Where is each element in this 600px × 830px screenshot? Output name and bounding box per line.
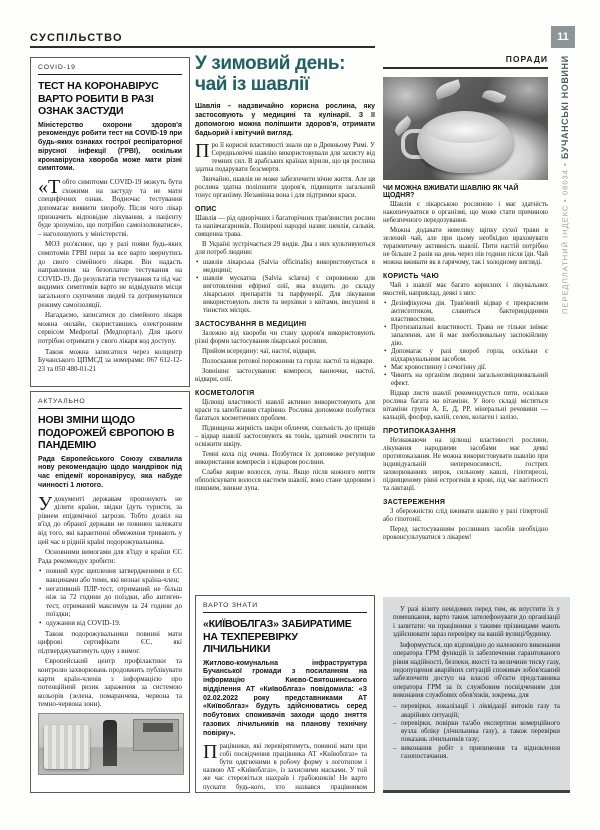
- sage-paragraph: Залежно від хвороби чи стану здоров'я ви…: [195, 330, 375, 346]
- header-rule: [30, 46, 375, 48]
- advice-paragraph: Шавлія є лікарською рослиною і має здатн…: [383, 201, 548, 225]
- covid-article-box: COVID-19 ТЕСТ НА КОРОНАВІРУС ВАРТО РОБИТ…: [30, 57, 190, 387]
- travel-lead: Рада Європейського Союзу схвалила нову р…: [38, 456, 182, 491]
- benefit-item: Чинить на організм людини загальнозміцню…: [383, 372, 548, 388]
- sage-tea-photo: [383, 77, 548, 180]
- gas-paragraph: Працівники, які перевірятимуть, повинні …: [203, 743, 367, 793]
- title-line-1: У зимовий день:: [195, 53, 345, 74]
- travel-paragraph: Також подорожувальники повинні мати цифр…: [38, 630, 182, 656]
- title-line-2: чай із шавлії: [195, 74, 309, 95]
- page-number: 11: [551, 26, 575, 48]
- benefit-item: Дезінфікуюча дія. Трав'яний відвар є пре…: [383, 300, 548, 324]
- notice-item: перевірки, повірки та/або експертизи ком…: [393, 720, 560, 745]
- travel-requirements-list: повний курс щеплення затвердженими в ЄС …: [38, 567, 182, 627]
- notice-item: перевірки, локалізації і ліквідації вито…: [393, 703, 560, 720]
- subscription-index-code: 08034: [561, 169, 570, 195]
- covid-kicker: COVID-19: [38, 64, 182, 75]
- travel-paragraph: Європейський центр профілактики та контр…: [38, 657, 182, 709]
- requirement-item: негативний ПЛР-тест, отриманий не більш …: [38, 585, 182, 619]
- advice-paragraph: Можна додавати невелику щіпку сухої трав…: [383, 227, 548, 267]
- sage-paragraph: Темні кола під очима. Позбутися їх допом…: [195, 451, 375, 467]
- covid-headline: ТЕСТ НА КОРОНАВІРУС ВАРТО РОБИТИ В РАЗІ …: [38, 80, 182, 118]
- gas-lead: Житлово-комунальна інфраструктура Бучанс…: [203, 660, 367, 739]
- sage-paragraph: Звичайно, шавлія не може забезпечити віч…: [195, 176, 375, 200]
- advice-paragraph: Відвар листя шавлії рекомендується пити,…: [383, 390, 548, 422]
- benefits-list: Дезінфікуюча дія. Трав'яний відвар є пре…: [383, 300, 548, 388]
- travel-kicker: АКТУАЛЬНО: [38, 398, 182, 409]
- kiosk-sign-shape: [143, 723, 173, 732]
- sage-paragraph: Шавлія — рід однорічних і багаторічних т…: [195, 215, 375, 239]
- sage-leaf-shape: [434, 79, 463, 99]
- sage-paragraph: Про її корисні властивості знали ще в Др…: [195, 142, 375, 174]
- advice-section-label: ПОРАДИ: [383, 54, 548, 64]
- cosmetology-subhead: КОСМЕТОЛОГІЯ: [195, 390, 375, 397]
- requirement-item: одужання від COVID-19.: [38, 619, 182, 628]
- covid-paragraph: МОЗ роз'яснює, що у разі появи будь-яких…: [38, 240, 182, 309]
- description-subhead: ОПИС: [195, 206, 375, 213]
- sage-lead: Шавлія – надзвичайно корисна рослина, як…: [195, 102, 375, 138]
- sage-type-item: шавлія мускатна (Salvia sclarea) є сиров…: [195, 275, 375, 315]
- advice-column: ЧИ МОЖНА ВЖИВАТИ ШАВЛІЮ ЯК ЧАЙ ЩОДНЯ? Ша…: [383, 74, 548, 594]
- sage-article-title: У зимовий день: чай із шавлії: [195, 53, 375, 95]
- sage-paragraph: Зовнішнє застосування: компреси, ванночк…: [195, 368, 375, 384]
- notice-items-list: перевірки, локалізації і ліквідації вито…: [393, 703, 560, 761]
- luggage-photo: [38, 713, 184, 775]
- separator-dot: •: [561, 163, 570, 167]
- subscription-index-label: ПЕРЕДПЛАТНИЙ ІНДЕКС: [561, 205, 570, 314]
- advice-paragraph: Незважаючи на цілющі властивості рослини…: [383, 437, 548, 493]
- suitcase-shape: [44, 725, 90, 769]
- newspaper-page: СУСПІЛЬСТВО ПОРАДИ 11 ПЕРЕДПЛАТНИЙ ІНДЕК…: [0, 0, 600, 830]
- travel-paragraph: У документі державам пропонують не ділит…: [38, 495, 182, 547]
- masthead-vertical: ПЕРЕДПЛАТНИЙ ІНДЕКС • 08034 • БУЧАНСЬКІ …: [554, 52, 576, 314]
- tea-surface-shape: [427, 117, 503, 143]
- gas-notice-box: У разі візиту невідомих перед тим, як вп…: [383, 597, 570, 793]
- covid-paragraph: Також можна записатися через колцентр Бу…: [38, 348, 182, 374]
- separator-dot: •: [561, 198, 570, 202]
- notice-paragraph: У разі візиту невідомих перед тим, як вп…: [393, 606, 560, 639]
- notice-item: виконання робіт з припинення та відновле…: [393, 745, 560, 762]
- sage-paragraph: Прийом всередину: чаї, настої, відвари.: [195, 348, 375, 356]
- sage-paragraph: В Україні зустрічається 29 видів. Два з …: [195, 241, 375, 257]
- travel-headline: НОВІ ЗМІНИ ЩОДО ПОДОРОЖЕЙ ЄВРОПОЮ В ПАНД…: [38, 414, 182, 452]
- notice-paragraph: Інформується, що відповідно до належного…: [393, 642, 560, 700]
- newspaper-brand: БУЧАНСЬКІ НОВИНИ: [560, 56, 570, 160]
- gas-article-box: ВАРТО ЗНАТИ «КИЇВОБЛГАЗ» ЗАБИРАТИМЕ НА Т…: [195, 595, 375, 793]
- advice-paragraph: З обережністю слід вживати шавлію у разі…: [383, 508, 548, 524]
- advice-rule: [383, 67, 548, 69]
- sage-type-item: шавлія лікарська (Salvia officinalis) ви…: [195, 259, 375, 275]
- sage-paragraph: Підвищена жирність шкіри обличчя, схильн…: [195, 425, 375, 449]
- travel-requirements-intro: Основними вимогами для в'їзду в країни Є…: [38, 548, 182, 565]
- advice-paragraph: Перед застосуванням рослинних засобів не…: [383, 526, 548, 542]
- sage-paragraph: Полоскання ротової порожнини та горла: н…: [195, 358, 375, 366]
- medicine-subhead: ЗАСТОСУВАННЯ В МЕДИЦИНІ: [195, 321, 375, 328]
- covid-paragraph: «Тобто симптоми COVID-19 можуть бути схо…: [38, 178, 182, 238]
- sage-types-list: шавлія лікарська (Salvia officinalis) ви…: [195, 259, 375, 315]
- caution-subhead: ЗАСТЕРЕЖЕННЯ: [383, 499, 548, 506]
- travel-article-box: АКТУАЛЬНО НОВІ ЗМІНИ ЩОДО ПОДОРОЖЕЙ ЄВРО…: [30, 391, 190, 793]
- benefit-item: Має кровоспинну і сечогінну дії.: [383, 364, 548, 372]
- covid-paragraph: Нагадаємо, записатися до сімейного лікар…: [38, 311, 182, 345]
- sage-paragraph: Слабке жирне волосся, лупа. Якщо після к…: [195, 469, 375, 493]
- gas-headline: «КИЇВОБЛГАЗ» ЗАБИРАТИМЕ НА ТЕХПЕРЕВІРКУ …: [203, 618, 367, 656]
- daily-tea-subhead: ЧИ МОЖНА ВЖИВАТИ ШАВЛІЮ ЯК ЧАЙ ЩОДНЯ?: [383, 185, 548, 199]
- contraindications-subhead: ПРОТИПОКАЗАННЯ: [383, 428, 548, 435]
- benefits-subhead: КОРИСТЬ ЧАЮ: [383, 273, 548, 280]
- requirement-item: повний курс щеплення затвердженими в ЄС …: [38, 567, 182, 584]
- benefit-item: Протизапальні властивості. Трава не тіль…: [383, 324, 548, 348]
- section-label: СУСПІЛЬСТВО: [30, 32, 123, 44]
- sage-article-column: У зимовий день: чай із шавлії Шавлія – н…: [195, 53, 375, 593]
- sage-leaf-shape: [482, 87, 507, 106]
- advice-paragraph: Чай з шавлії має багато корисних і лікув…: [383, 282, 548, 298]
- sage-paragraph: Цілющі властивості шавлії активно викори…: [195, 399, 375, 423]
- benefit-item: Допомагає у разі хвороб горла, оскільки …: [383, 348, 548, 364]
- traveller-shape: [103, 720, 117, 766]
- covid-lead: Міністерство охорони здоров'я рекомендує…: [38, 122, 182, 175]
- gas-kicker: ВАРТО ЗНАТИ: [203, 602, 367, 613]
